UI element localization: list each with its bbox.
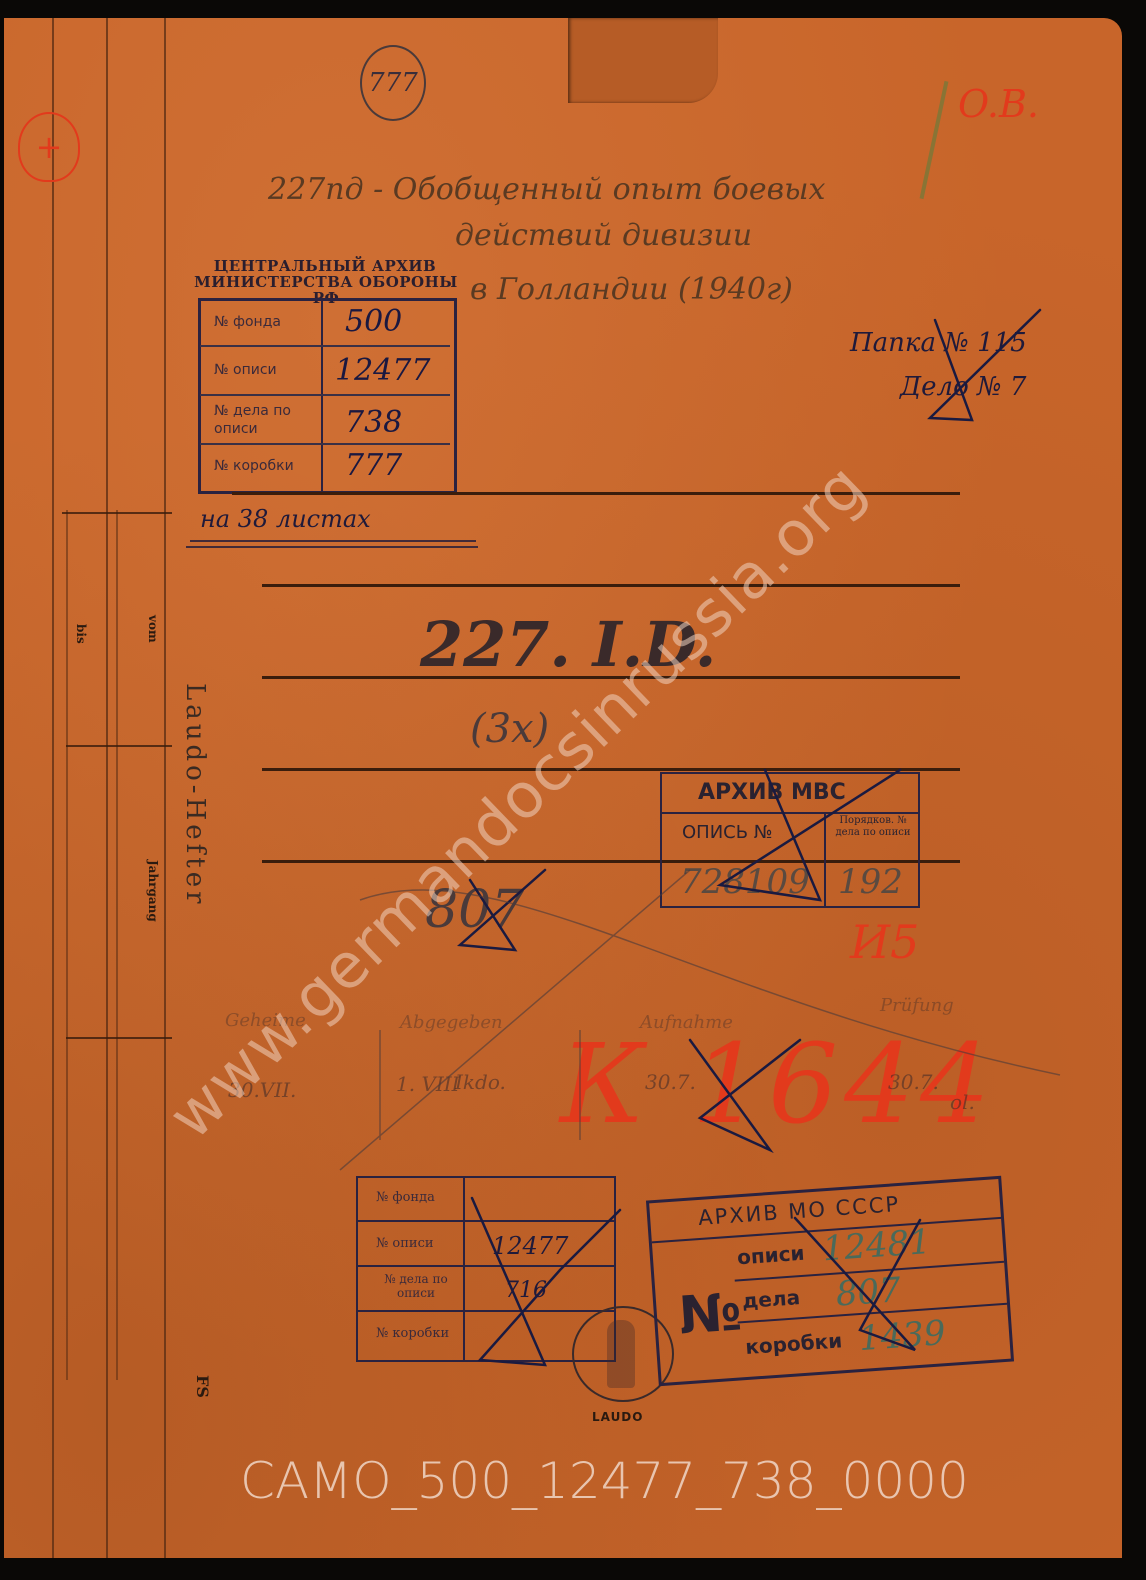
- mo-stamp-cross-icon: [795, 1218, 920, 1350]
- mvs-stamp-cross-icon: [720, 770, 900, 900]
- side-note-cross-icon: [930, 310, 1040, 420]
- pencil-curve: [360, 890, 1060, 1075]
- old-box-cross-icon: [472, 1198, 620, 1365]
- document-caption: CAMO_500_12477_738_0000: [240, 1452, 969, 1510]
- red-number-cross-icon: [690, 1040, 800, 1150]
